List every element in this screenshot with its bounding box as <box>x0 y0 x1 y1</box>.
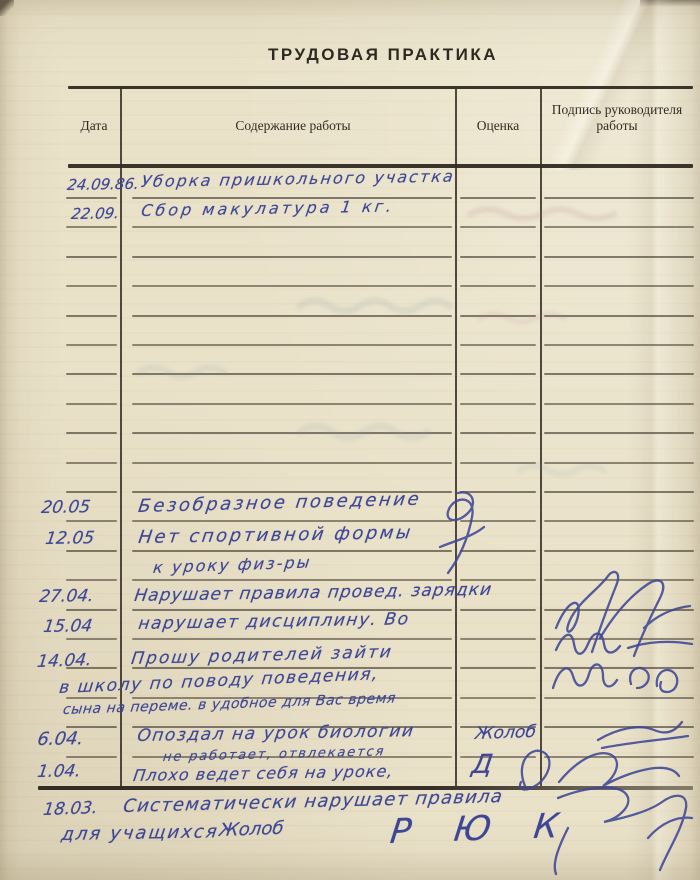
entry-date: 20.05 <box>40 497 92 518</box>
signature-flourish <box>528 778 698 878</box>
entry-date: 6.04. <box>36 728 85 750</box>
entry-signature-text: Д <box>470 750 495 780</box>
scanned-record-book-page: ТРУДОВАЯ ПРАКТИКА Дата Содержание работы… <box>0 0 700 880</box>
entry-date: 24.09.86. <box>66 175 140 194</box>
entry-date: 12.05 <box>44 528 96 549</box>
entry-signature-text: Жолоб <box>474 722 537 744</box>
entry-signature-text: Жолоб <box>218 818 285 841</box>
entry-date: 22.09. <box>70 204 120 223</box>
entry-date: 14.04. <box>36 650 93 672</box>
entry-date: 18.03. <box>42 798 99 820</box>
entry-date: 27.04. <box>38 586 95 607</box>
entry-date: 15.04 <box>42 616 94 637</box>
signature-flourish <box>420 487 490 577</box>
entry-content: для учащихся <box>60 821 220 845</box>
entry-date: 1.04. <box>36 761 82 782</box>
signature-flourish <box>545 648 690 703</box>
